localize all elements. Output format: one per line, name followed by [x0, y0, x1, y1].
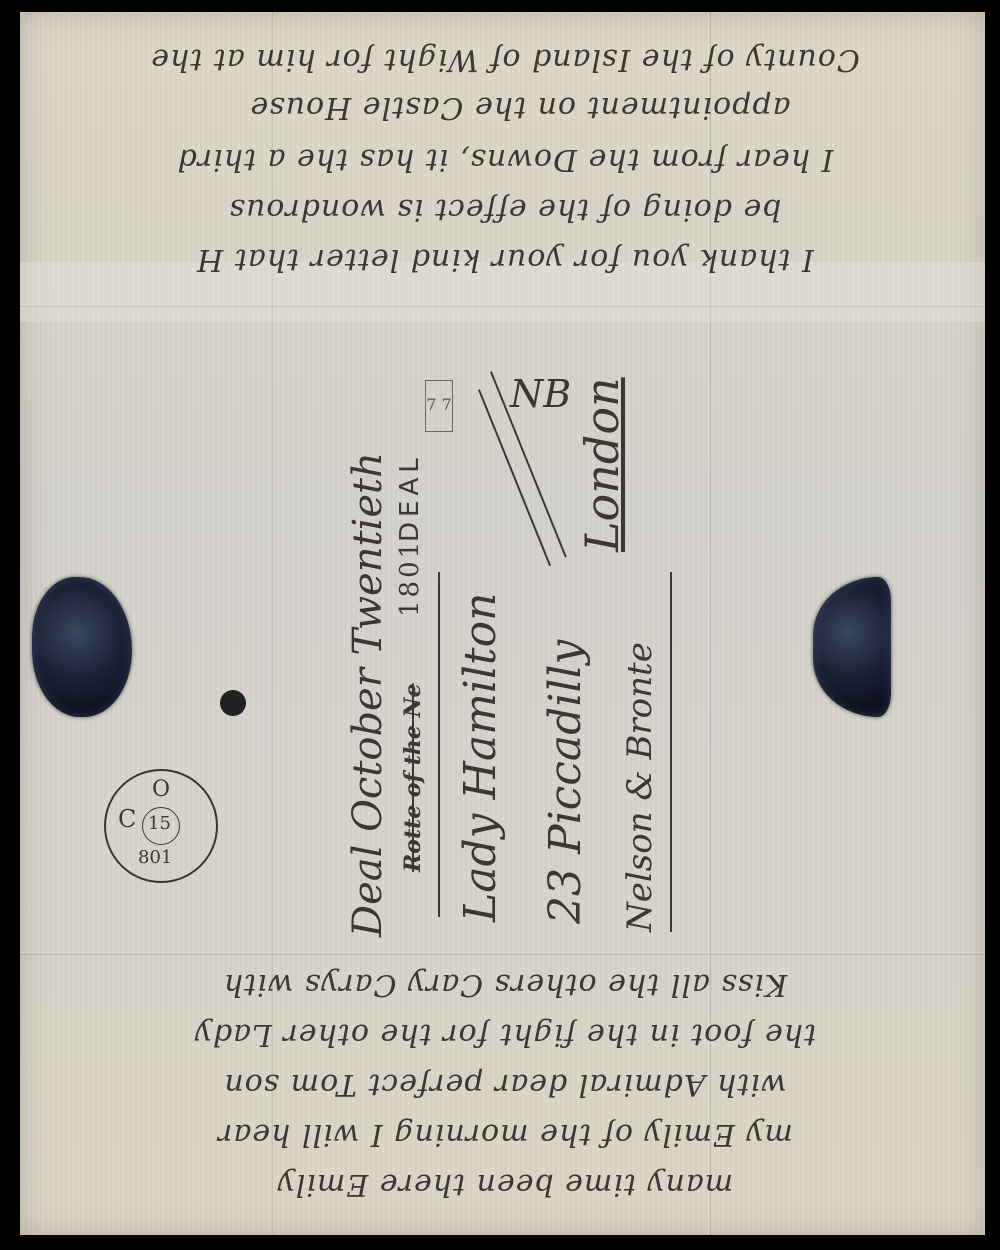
top-text-panel: County of the Island of Wight for him at…	[50, 42, 960, 282]
bottom-line-3: with Admiral dear perfect Tom son	[40, 1067, 970, 1102]
top-line-2: appointment on the Castle House	[90, 90, 950, 125]
bottom-line-5: many time been there Emily	[40, 1167, 970, 1202]
bottom-line-4: my Emily of the morning I will hear	[40, 1117, 970, 1152]
fold-line-bottom	[20, 952, 985, 955]
top-line-5: I thank you for your kind letter that H	[50, 242, 960, 277]
bottom-text-panel: Kiss all the others Cary Carys with the …	[40, 967, 970, 1217]
franking-mark: NB	[510, 372, 571, 416]
rate-box: 7 7	[425, 380, 453, 432]
datestamp-day: 15	[148, 813, 171, 834]
address-street: 23 Piccadilly	[540, 640, 591, 924]
circular-datestamp: O C 15 801	[104, 769, 218, 883]
top-line-4: be doing of the effect is wondrous	[50, 192, 960, 227]
address-recipient: Lady Hamilton	[455, 593, 506, 922]
letter-sheet: County of the Island of Wight for him at…	[20, 12, 985, 1235]
address-year: 1801	[395, 539, 425, 617]
top-line-3: I hear from the Downs, it has the a thir…	[50, 142, 960, 177]
datestamp-year: 801	[138, 847, 172, 868]
underline-rule-2	[670, 572, 672, 932]
deal-town-stamp: DEAL	[395, 453, 425, 542]
address-line-origin: Deal October Twentieth	[345, 452, 391, 937]
top-line-1: County of the Island of Wight for him at…	[50, 42, 960, 77]
datestamp-letter-left: C	[118, 805, 136, 833]
underline-rule-1	[438, 572, 440, 917]
address-struck-text: Rotte of the Ne	[400, 683, 426, 872]
wax-seal-right	[813, 577, 891, 717]
address-city: London	[575, 377, 629, 552]
datestamp-letter-top: O	[152, 777, 170, 802]
bottom-line-2: the foot in the fight for the other Lady	[40, 1017, 970, 1052]
bottom-line-1: Kiss all the others Cary Carys with	[40, 967, 970, 1002]
ink-blot	[220, 690, 246, 716]
wax-seal-left	[32, 577, 132, 717]
nelson-signature: Nelson & Bronte	[620, 642, 660, 932]
